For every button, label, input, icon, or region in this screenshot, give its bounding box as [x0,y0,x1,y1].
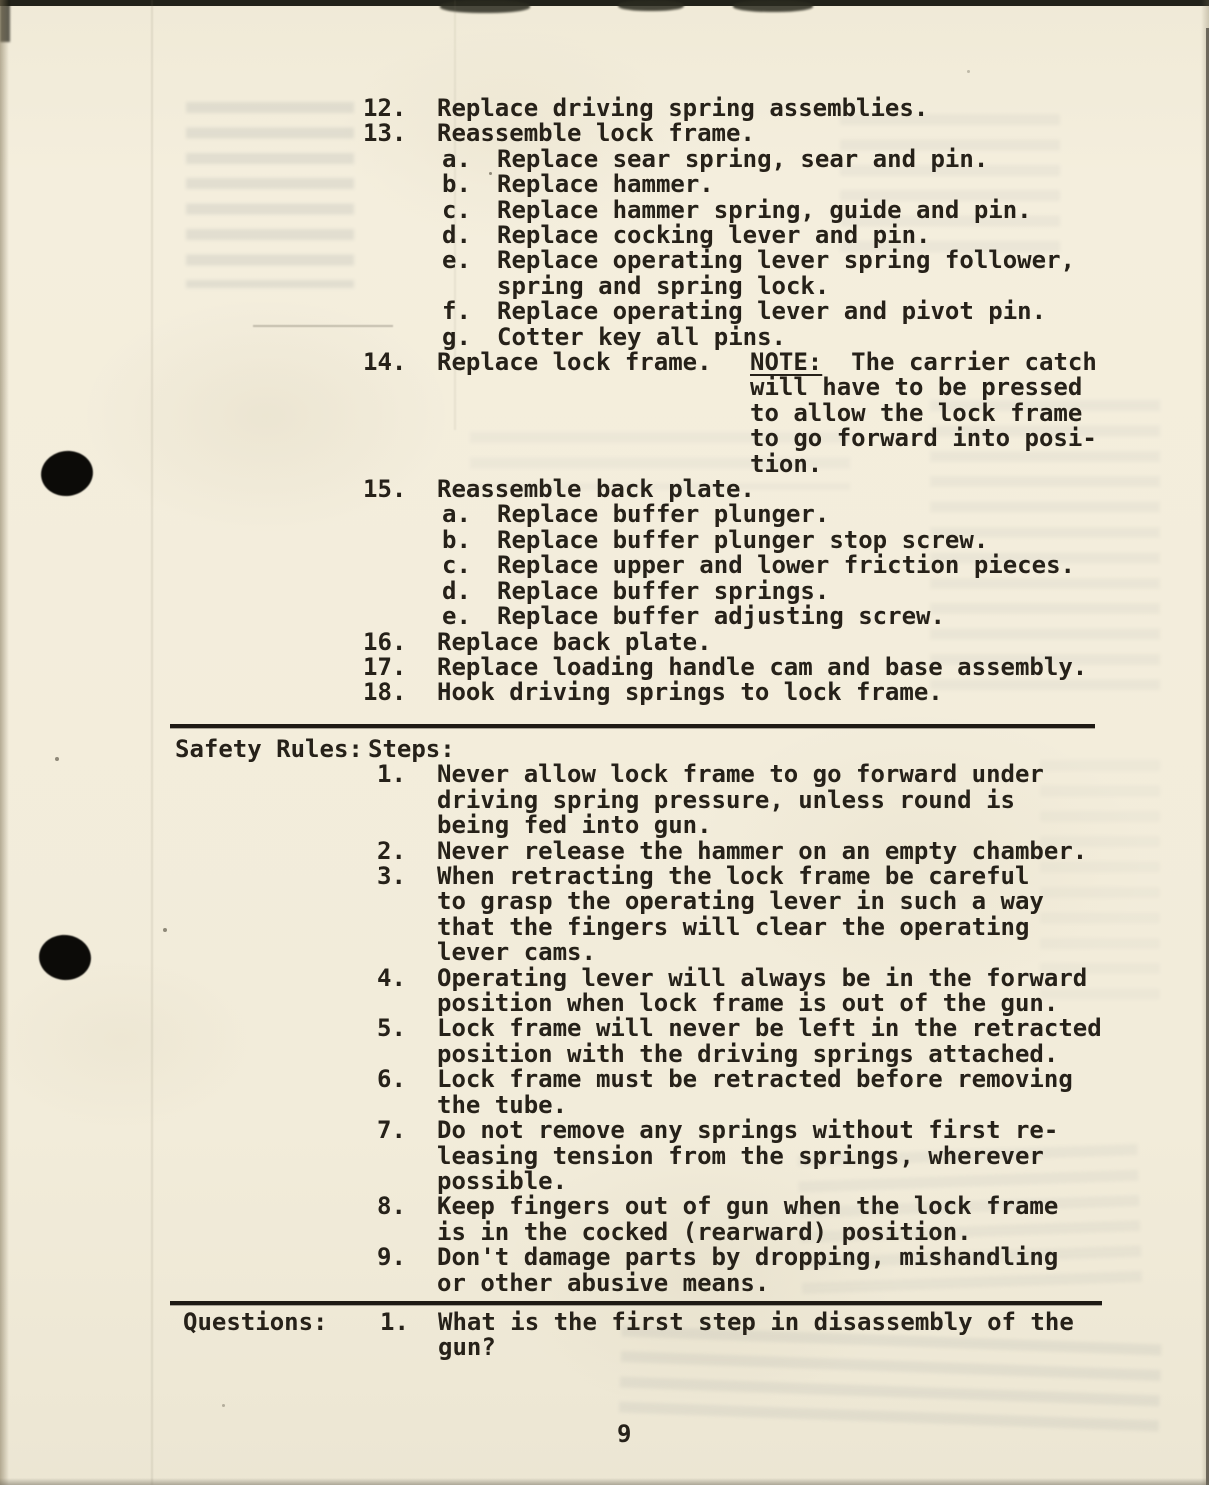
safety-rule-text-line: When retracting the lock frame be carefu… [437,864,1044,889]
substep-text-line: Replace buffer adjusting screw. [497,604,945,629]
substep-letter: a. [442,147,497,172]
safety-rule-number: 9. [377,1245,437,1296]
substep-letter: c. [442,198,497,223]
substep-text: Replace upper and lower friction pieces. [497,553,1075,578]
safety-rule-text-line: Lock frame will never be left in the ret… [437,1016,1102,1041]
safety-rule-text-line: Lock frame must be retracted before remo… [437,1067,1073,1092]
safety-rule-text-line: the tube. [437,1093,1073,1118]
punch-hole [37,932,93,982]
steps-label: Steps: [368,737,455,762]
questions-list: 1.What is the first step in disassembly … [380,1310,1074,1361]
safety-rule-item: 2.Never release the hammer on an empty c… [377,839,1102,864]
step-text: Replace lock frame. [437,350,712,477]
safety-rule-number: 6. [377,1067,437,1118]
substep-text-line: Replace cocking lever and pin. [497,223,930,248]
substep-letter: d. [442,223,497,248]
substep-text-line: Replace sear spring, sear and pin. [497,147,988,172]
safety-rule-item: 4.Operating lever will always be in the … [377,966,1102,1017]
substep-letter: g. [442,325,497,350]
safety-rule-text-line: Keep fingers out of gun when the lock fr… [437,1194,1058,1219]
safety-rule-item: 8.Keep fingers out of gun when the lock … [377,1194,1102,1245]
question-text: What is the first step in disassembly of… [438,1310,1074,1361]
bleedthrough-smudge [186,102,354,288]
step-text: Replace back plate. [437,630,712,655]
substep-text-line: Replace buffer springs. [497,579,829,604]
substep-letter: e. [442,604,497,629]
step-item: 14.Replace lock frame.NOTE: The carrier … [363,350,1087,477]
substep-item: c.Replace hammer spring, guide and pin. [442,198,1087,223]
step-number: 12. [363,96,437,121]
step-number: 13. [363,121,437,146]
safety-rule-text-line: that the fingers will clear the operatin… [437,915,1044,940]
substep-text: Replace hammer. [497,172,714,197]
substep-letter: c. [442,553,497,578]
safety-rule-text-line: to grasp the operating lever in such a w… [437,889,1044,914]
step-number: 18. [363,680,437,705]
safety-rule-number: 3. [377,864,437,966]
page-number: 9 [617,1422,631,1447]
note-block: NOTE: The carrier catchwill have to be p… [750,350,1130,477]
safety-rule-text-line: or other abusive means. [437,1271,1058,1296]
step-item: 15.Reassemble back plate. [363,477,1087,502]
substep-item: a.Replace buffer plunger. [442,502,1087,527]
safety-rule-text-line: Do not remove any springs without first … [437,1118,1058,1143]
step-item: 12.Replace driving spring assemblies. [363,96,1087,121]
substep-text-line: Replace hammer spring, guide and pin. [497,198,1032,223]
step-text-line: Hook driving springs to lock frame. [437,680,943,705]
scanned-document-page: 12.Replace driving spring assemblies.13.… [0,0,1209,1485]
note-label: NOTE: [750,348,822,376]
substep-text-line: Replace buffer plunger stop screw. [497,528,988,553]
step-text: Replace loading handle cam and base asse… [437,655,1087,680]
step-item: 17.Replace loading handle cam and base a… [363,655,1087,680]
safety-rule-text: Never release the hammer on an empty cha… [437,839,1087,864]
safety-rule-number: 5. [377,1016,437,1067]
paper-speck [967,70,970,73]
substep-text: Replace buffer adjusting screw. [497,604,945,629]
paper-speck [55,757,59,761]
note-line: to allow the lock frame [750,401,1130,426]
step-number: 16. [363,630,437,655]
safety-rule-text-line: possible. [437,1169,1058,1194]
safety-rule-item: 6.Lock frame must be retracted before re… [377,1067,1102,1118]
step-text-line: Reassemble lock frame. [437,121,755,146]
section-divider-line [170,1301,1102,1305]
page-left-edge [0,0,9,1485]
paper-crease [151,0,153,1485]
substep-text-line: Cotter key all pins. [497,325,786,350]
safety-rule-number: 8. [377,1194,437,1245]
note-line: tion. [750,452,1130,477]
safety-rules-section: Safety Rules: Steps: 1.Never allow lock … [175,737,1102,1296]
punch-hole [38,448,96,500]
safety-rule-text-line: Operating lever will always be in the fo… [437,966,1087,991]
step-text: Replace driving spring assemblies. [437,96,928,121]
safety-rule-text-line: position with the driving springs attach… [437,1042,1102,1067]
substep-item: g.Cotter key all pins. [442,325,1087,350]
substep-text-line: Replace hammer. [497,172,714,197]
step-text: Reassemble lock frame. [437,121,755,146]
substep-text: Replace sear spring, sear and pin. [497,147,988,172]
substep-item: e.Replace operating lever spring followe… [442,248,1087,299]
safety-rule-number: 7. [377,1118,437,1194]
questions-label: Questions: [183,1310,380,1361]
question-text-line: gun? [438,1335,1074,1360]
substep-letter: b. [442,172,497,197]
substep-letter: d. [442,579,497,604]
substep-text: Replace buffer plunger. [497,502,829,527]
substep-text: Replace cocking lever and pin. [497,223,930,248]
safety-rule-item: 1.Never allow lock frame to go forward u… [377,762,1102,838]
safety-rule-item: 3.When retracting the lock frame be care… [377,864,1102,966]
safety-rule-text-line: is in the cocked (rearward) position. [437,1220,1058,1245]
scan-edge-blot [733,0,813,12]
note-first-line: NOTE: The carrier catch [750,350,1130,375]
substep-letter: b. [442,528,497,553]
safety-rule-item: 9.Don't damage parts by dropping, mishan… [377,1245,1102,1296]
substep-text-line: Replace upper and lower friction pieces. [497,553,1075,578]
question-number: 1. [380,1310,438,1361]
safety-rule-text: When retracting the lock frame be carefu… [437,864,1044,966]
step-item: 18.Hook driving springs to lock frame. [363,680,1087,705]
safety-rule-text: Do not remove any springs without first … [437,1118,1058,1194]
safety-rule-text: Keep fingers out of gun when the lock fr… [437,1194,1058,1245]
safety-rule-item: 7.Do not remove any springs without firs… [377,1118,1102,1194]
step-text-line: Replace loading handle cam and base asse… [437,655,1087,680]
safety-rule-text-line: lever cams. [437,940,1044,965]
step-text-line: Reassemble back plate. [437,477,755,502]
question-text-line: What is the first step in disassembly of… [438,1310,1074,1335]
substep-item: b.Replace hammer. [442,172,1087,197]
paper-speck [163,928,167,932]
step-text: Reassemble back plate. [437,477,755,502]
safety-rules-label: Safety Rules: [175,737,368,762]
substep-item: e.Replace buffer adjusting screw. [442,604,1087,629]
reassembly-steps-list: 12.Replace driving spring assemblies.13.… [363,96,1087,706]
section-divider-line [170,724,1095,728]
safety-rule-number: 2. [377,839,437,864]
safety-rule-text-line: position when lock frame is out of the g… [437,991,1087,1016]
step-number: 17. [363,655,437,680]
safety-rule-text: Lock frame must be retracted before remo… [437,1067,1073,1118]
substep-text-line: Replace buffer plunger. [497,502,829,527]
substep-item: d.Replace buffer springs. [442,579,1087,604]
safety-rules-list: 1.Never allow lock frame to go forward u… [377,762,1102,1296]
substep-item: a.Replace sear spring, sear and pin. [442,147,1087,172]
questions-section: Questions: 1.What is the first step in d… [183,1310,1074,1361]
safety-rule-text-line: being fed into gun. [437,813,1044,838]
safety-rule-text-line: Never allow lock frame to go forward und… [437,762,1044,787]
substep-item: c.Replace upper and lower friction piece… [442,553,1087,578]
note-line: will have to be pressed [750,375,1130,400]
substep-text: Cotter key all pins. [497,325,786,350]
step-item: 16.Replace back plate. [363,630,1087,655]
substep-text: Replace buffer plunger stop screw. [497,528,988,553]
page-bottom-edge [0,1478,1209,1485]
step-text-line: Replace back plate. [437,630,712,655]
paper-speck [222,1404,225,1407]
substep-item: b.Replace buffer plunger stop screw. [442,528,1087,553]
substep-letter: f. [442,299,497,324]
safety-rule-text-line: driving spring pressure, unless round is [437,788,1044,813]
substep-text: Replace buffer springs. [497,579,829,604]
substep-text: Replace operating lever and pivot pin. [497,299,1046,324]
safety-rule-item: 5.Lock frame will never be left in the r… [377,1016,1102,1067]
safety-rule-text-line: Never release the hammer on an empty cha… [437,839,1087,864]
substep-item: d.Replace cocking lever and pin. [442,223,1087,248]
substep-letter: e. [442,248,497,299]
step-text: Hook driving springs to lock frame. [437,680,943,705]
safety-rules-header: Safety Rules: Steps: [175,737,1102,762]
safety-rule-text: Never allow lock frame to go forward und… [437,762,1044,838]
substep-text-line: spring and spring lock. [497,274,1075,299]
step-text-line: Replace driving spring assemblies. [437,96,928,121]
substep-letter: a. [442,502,497,527]
step-text-line: Replace lock frame. [437,350,712,375]
substep-text: Replace operating lever spring follower,… [497,248,1075,299]
safety-rule-number: 4. [377,966,437,1017]
scan-top-edge [0,0,1209,6]
safety-rule-text-line: leasing tension from the springs, wherev… [437,1144,1058,1169]
step-number: 14. [363,350,437,477]
substep-item: f.Replace operating lever and pivot pin. [442,299,1087,324]
step-item: 13.Reassemble lock frame. [363,121,1087,146]
substep-text-line: Replace operating lever spring follower, [497,248,1075,273]
step-number: 15. [363,477,437,502]
safety-rule-text-line: Don't damage parts by dropping, mishandl… [437,1245,1058,1270]
scan-edge-blot [618,0,684,11]
substep-text: Replace hammer spring, guide and pin. [497,198,1032,223]
note-line: to go forward into posi- [750,426,1130,451]
safety-rule-text: Don't damage parts by dropping, mishandl… [437,1245,1058,1296]
question-item: 1.What is the first step in disassembly … [380,1310,1074,1361]
safety-rule-text: Operating lever will always be in the fo… [437,966,1087,1017]
safety-rule-number: 1. [377,762,437,838]
substep-text-line: Replace operating lever and pivot pin. [497,299,1046,324]
safety-rule-text: Lock frame will never be left in the ret… [437,1016,1102,1067]
